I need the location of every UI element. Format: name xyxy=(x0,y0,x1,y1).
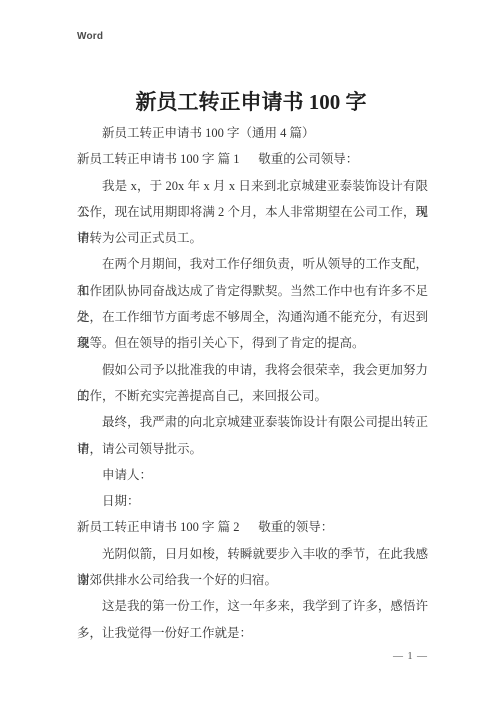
section-heading: 新员工转正申请书 100 字 篇 1 敬重的公司领导： xyxy=(77,146,428,172)
document-title: 新员工转正申请书 100 字 xyxy=(73,86,429,116)
word-app-watermark: Word xyxy=(77,31,103,42)
text-line: 多，让我觉得一份好工作就是： xyxy=(77,620,428,646)
text-line: 象等。但在领导的指引关心下，得到了肯定的提高。 xyxy=(77,330,428,356)
text-line: 光阴似箭，日月如梭，转瞬就要步入丰收的季节，在此我感谢 xyxy=(77,541,428,567)
document-body: 新员工转正申请书 100 字（通用 4 篇） 新员工转正申请书 100 字 篇 … xyxy=(77,120,428,646)
text-line: 请转为公司正式员工。 xyxy=(77,225,428,251)
page-number: — 1 — xyxy=(77,651,428,662)
date-line: 日期： xyxy=(77,488,428,514)
applicant-line: 申请人： xyxy=(77,462,428,488)
text-line: 在两个月期间，我对工作仔细负责，听从领导的工作支配，和 xyxy=(77,251,428,277)
text-line: 工作，不断充实完善提高自己，来回报公司。 xyxy=(77,383,428,409)
text-line: 工作，现在试用期即将满 2 个月，本人非常期望在公司工作，现申 xyxy=(77,199,428,225)
text-line: 新员工转正申请书 100 字（通用 4 篇） xyxy=(77,120,428,146)
word-document-page: Word 新员工转正申请书 100 字 新员工转正申请书 100 字（通用 4 … xyxy=(0,0,500,707)
text-line: 处，在工作细节方面考虑不够周全，沟通沟通不能充分，有迟到现 xyxy=(77,304,428,330)
text-line: 工作团队协同奋战达成了肯定得默契。当然工作中也有许多不足之 xyxy=(77,278,428,304)
text-line: 我是 x，于 20x 年 x 月 x 日来到北京城建亚泰装饰设计有限公司 xyxy=(77,173,428,199)
section-heading: 新员工转正申请书 100 字 篇 2 敬重的领导： xyxy=(77,514,428,540)
text-line: 这是我的第一份工作，这一年多来，我学到了许多，感悟许 xyxy=(77,593,428,619)
text-line: 假如公司予以批准我的申请，我将会很荣幸，我会更加努力的 xyxy=(77,357,428,383)
text-line: 最终，我严肃的向北京城建亚泰装饰设计有限公司提出转正申 xyxy=(77,409,428,435)
text-line: 请，请公司领导批示。 xyxy=(77,436,428,462)
text-line: 南郊供排水公司给我一个好的归宿。 xyxy=(77,567,428,593)
